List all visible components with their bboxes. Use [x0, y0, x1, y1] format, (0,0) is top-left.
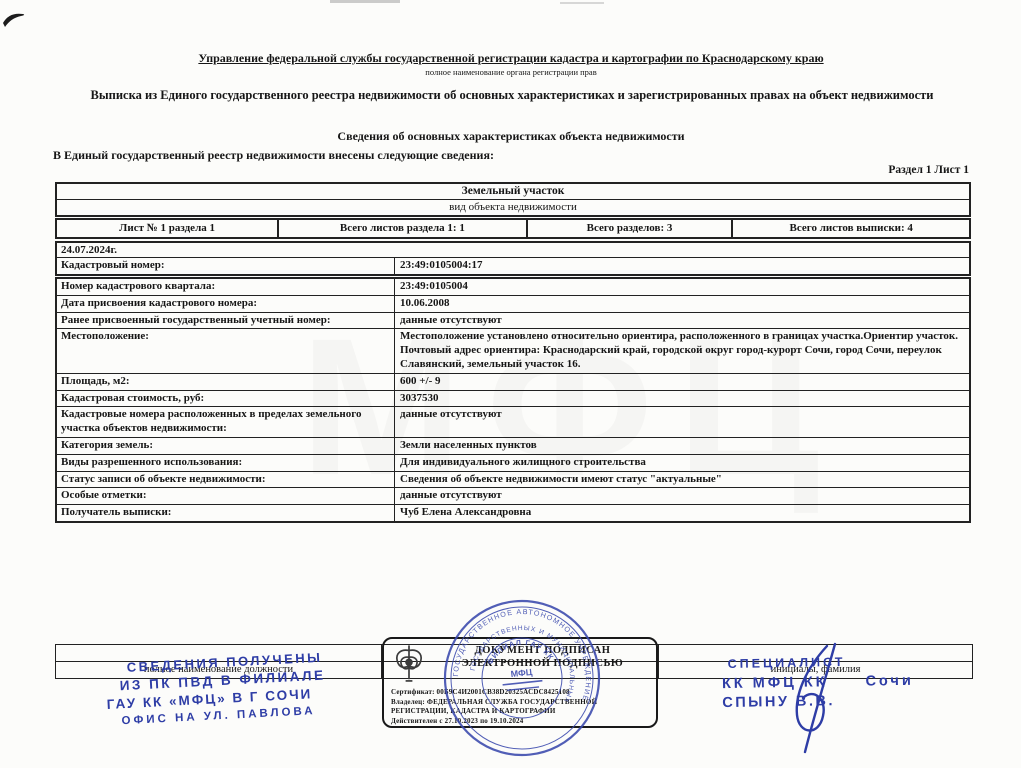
- rosreestr-emblem-icon: [384, 639, 429, 686]
- row-value: данные отсутствуют: [395, 488, 969, 504]
- object-type-caption: вид объекта недвижимости: [57, 200, 969, 215]
- row-label: Ранее присвоенный государственный учетны…: [57, 313, 395, 329]
- svg-text:ГОСУДАРСТВЕННОЕ АВТОНОМНОЕ УЧР: ГОСУДАРСТВЕННОЕ АВТОНОМНОЕ УЧРЕЖДЕНИЕ: [445, 600, 596, 717]
- mfc-stamp-right-line2b: Сочи: [865, 673, 914, 690]
- sheet-cell: Всего разделов: 3: [526, 220, 732, 237]
- intro-line: В Единый государственный реестр недвижим…: [53, 148, 494, 163]
- scan-edge-artifact: [330, 0, 400, 3]
- row-label: Получатель выписки:: [57, 505, 395, 521]
- table-row: Статус записи об объекте недвижимости:Св…: [57, 472, 969, 489]
- row-label: Дата присвоения кадастрового номера:: [57, 296, 395, 312]
- row-value: Сведения об объекте недвижимости имеют с…: [395, 472, 969, 488]
- sheet-cell: Лист № 1 раздела 1: [57, 220, 277, 237]
- row-label: Виды разрешенного использования:: [57, 455, 395, 471]
- cadastral-table: 24.07.2024г. Кадастровый номер: 23:49:01…: [55, 241, 971, 276]
- row-label: Кадастровая стоимость, руб:: [57, 391, 395, 407]
- table-row: Номер кадастрового квартала:23:49:010500…: [57, 279, 969, 296]
- table-row: Получатель выписки:Чуб Елена Александров…: [57, 505, 969, 521]
- sheet-cell: Всего листов выписки: 4: [731, 220, 969, 237]
- round-seal-stamp: ГОСУДАРСТВЕННОЕ АВТОНОМНОЕ УЧРЕЖДЕНИЕ ГО…: [432, 588, 612, 768]
- table-row: Виды разрешенного использования:Для инди…: [57, 455, 969, 472]
- row-value: Местоположение установлено относительно …: [395, 329, 969, 372]
- seal-middle-text: ГОСУДАРСТВЕННЫХ И МУНИЦИПАЛЬНЫХ: [465, 620, 578, 714]
- section-title: Сведения об основных характеристиках объ…: [53, 129, 969, 144]
- scan-edge-artifact: [560, 2, 604, 4]
- doc-title: Выписка из Единого государственного реес…: [40, 88, 984, 103]
- table-row: Особые отметки:данные отсутствуют: [57, 488, 969, 505]
- row-label: Особые отметки:: [57, 488, 395, 504]
- table-row: Площадь, м2:600 +/- 9: [57, 374, 969, 391]
- pen-mark: [2, 8, 28, 30]
- extract-date: 24.07.2024г.: [57, 243, 969, 258]
- row-value: Земли населенных пунктов: [395, 438, 969, 454]
- mfc-stamp-left: СВЕДЕНИЯ ПОЛУЧЕНЫ ИЗ ПК ПВД В ФИЛИАЛЕ ГА…: [98, 647, 381, 729]
- row-value: 600 +/- 9: [395, 374, 969, 390]
- seal-center-text: МФЦ: [510, 667, 533, 679]
- row-value: Чуб Елена Александровна: [395, 505, 969, 521]
- table-row: Кадастровая стоимость, руб:3037530: [57, 391, 969, 408]
- row-label: Номер кадастрового квартала:: [57, 279, 395, 295]
- row-value: Для индивидуального жилищного строительс…: [395, 455, 969, 471]
- sheets-table: Лист № 1 раздела 1 Всего листов раздела …: [55, 218, 971, 239]
- cadastral-number-label: Кадастровый номер:: [57, 258, 395, 274]
- row-value: данные отсутствуют: [395, 313, 969, 329]
- svg-text:ГОСУДАРСТВЕННЫХ И МУНИЦИПАЛЬНЫ: ГОСУДАРСТВЕННЫХ И МУНИЦИПАЛЬНЫХ: [465, 620, 578, 714]
- row-label: Статус записи об объекте недвижимости:: [57, 472, 395, 488]
- sheet-cell: Всего листов раздела 1: 1: [277, 220, 525, 237]
- details-table: Номер кадастрового квартала:23:49:010500…: [55, 277, 971, 523]
- row-label: Местоположение:: [57, 329, 395, 372]
- handwritten-signature: [775, 640, 860, 755]
- object-type-value: Земельный участок: [57, 184, 969, 200]
- header-org-name: Управление федеральной службы государств…: [53, 51, 969, 66]
- row-value: 23:49:0105004: [395, 279, 969, 295]
- table-row: Дата присвоения кадастрового номера:10.0…: [57, 296, 969, 313]
- document-page: МФЦ Управление федеральной службы госуда…: [0, 0, 1021, 768]
- table-row: Ранее присвоенный государственный учетны…: [57, 313, 969, 330]
- cadastral-number-value: 23:49:0105004:17: [395, 258, 969, 274]
- row-value: 3037530: [395, 391, 969, 407]
- section-sheet-label: Раздел 1 Лист 1: [53, 164, 969, 176]
- table-row: Кадастровые номера расположенных в преде…: [57, 407, 969, 438]
- seal-outer-text: ГОСУДАРСТВЕННОЕ АВТОНОМНОЕ УЧРЕЖДЕНИЕ: [445, 600, 596, 717]
- row-value: данные отсутствуют: [395, 407, 969, 437]
- table-row: Местоположение:Местоположение установлен…: [57, 329, 969, 373]
- row-label: Категория земель:: [57, 438, 395, 454]
- header-org-name-text: Управление федеральной службы государств…: [198, 51, 823, 65]
- table-row: Категория земель:Земли населенных пункто…: [57, 438, 969, 455]
- row-label: Кадастровые номера расположенных в преде…: [57, 407, 395, 437]
- object-type-table: Земельный участок вид объекта недвижимос…: [55, 182, 971, 217]
- header-org-caption: полное наименование органа регистрации п…: [53, 67, 969, 77]
- row-value: 10.06.2008: [395, 296, 969, 312]
- row-label: Площадь, м2:: [57, 374, 395, 390]
